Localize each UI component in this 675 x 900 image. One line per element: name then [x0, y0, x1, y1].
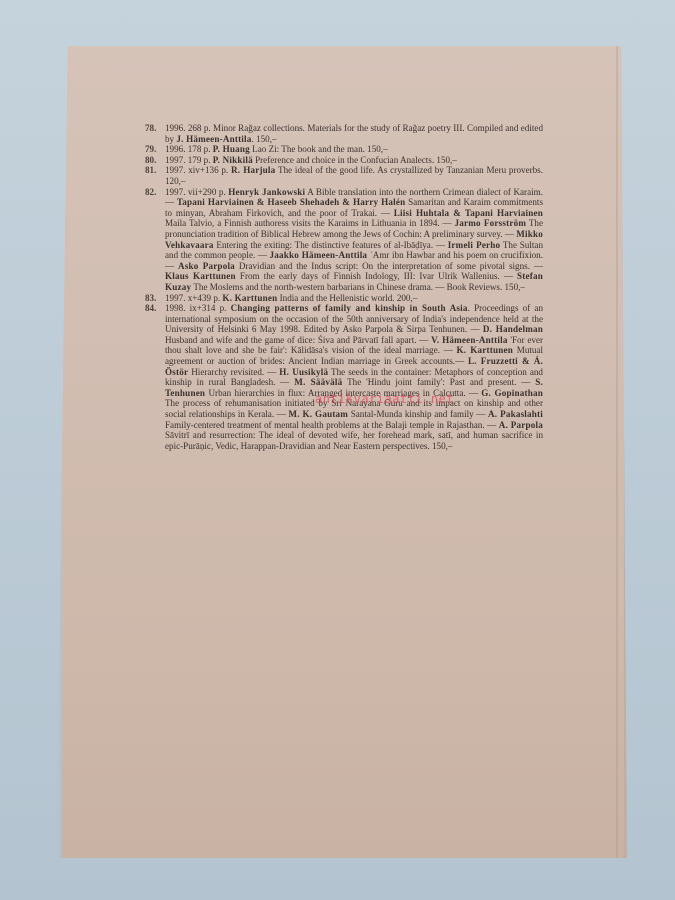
list-item: 82.1997. vii+290 p. Henryk Jankowski A B… [145, 187, 543, 293]
list-item: 79.1996. 178 p. P. Huang Lao Zi: The boo… [145, 144, 543, 155]
entry-number: 78. [145, 123, 165, 144]
list-item: 83.1997. x+439 p. K. Karttunen India and… [145, 293, 543, 304]
author-name: Klaus Karttunen [165, 271, 236, 281]
author-name: M. Säävälä [294, 377, 342, 387]
entry-text: 1996. 178 p. P. Huang Lao Zi: The book a… [165, 144, 543, 155]
author-name: Asko Parpola [178, 261, 235, 271]
author-name: A. Pakaslahti [488, 409, 543, 419]
entry-number: 84. [145, 303, 165, 451]
entry-text: 1996. 268 p. Minor Rağaz collections. Ma… [165, 123, 543, 144]
watermark: antikvariaatti.net [315, 392, 454, 406]
author-name: Henryk Jankowski [228, 187, 305, 197]
entry-text: 1997. 179 p. P. Nikkilä Preference and c… [165, 155, 543, 166]
author-name: P. Huang [213, 144, 250, 154]
author-name: J. Hämeen-Anttila [176, 134, 251, 144]
author-name: Changing patterns of family and kinship … [231, 303, 468, 313]
author-name: M. K. Gautam [288, 409, 348, 419]
entry-number: 82. [145, 187, 165, 293]
author-name: R. Harjula [231, 165, 275, 175]
list-item: 81.1997. xiv+136 p. R. Harjula The ideal… [145, 165, 543, 186]
entry-number: 80. [145, 155, 165, 166]
author-name: G. Gopinathan [481, 388, 543, 398]
author-name: H. Uusikylä [279, 367, 328, 377]
author-name: D. Handelman [483, 324, 543, 334]
author-name: P. Nikkilä [213, 155, 253, 165]
author-name: K. Karttunen [222, 293, 277, 303]
author-name: V. Hämeen-Anttila [431, 335, 507, 345]
author-name: Jaakko Hämeen-Anttila [269, 250, 367, 260]
author-name: Liisi Huhtala & Tapani Harviainen [394, 208, 543, 218]
author-name: Jarmo Forsström [455, 218, 527, 228]
author-name: A. Parpola [499, 420, 543, 430]
entry-text: 1997. vii+290 p. Henryk Jankowski A Bibl… [165, 187, 543, 293]
entry-text: 1997. x+439 p. K. Karttunen India and th… [165, 293, 543, 304]
entry-number: 81. [145, 165, 165, 186]
author-name: L. Fruzzetti & Á. Östör [165, 356, 543, 377]
author-name: Irmeli Perho [448, 240, 501, 250]
entry-text: 1997. xiv+136 p. R. Harjula The ideal of… [165, 165, 543, 186]
entry-number: 83. [145, 293, 165, 304]
author-name: Tapani Harviainen & Haseeb Shehadeh & Ha… [177, 197, 406, 207]
list-item: 84.1998. ix+314 p. Changing patterns of … [145, 303, 543, 451]
list-item: 78.1996. 268 p. Minor Rağaz collections.… [145, 123, 543, 144]
entry-number: 79. [145, 144, 165, 155]
entry-text: 1998. ix+314 p. Changing patterns of fam… [165, 303, 543, 451]
list-item: 80.1997. 179 p. P. Nikkilä Preference an… [145, 155, 543, 166]
author-name: K. Karttunen [457, 345, 513, 355]
